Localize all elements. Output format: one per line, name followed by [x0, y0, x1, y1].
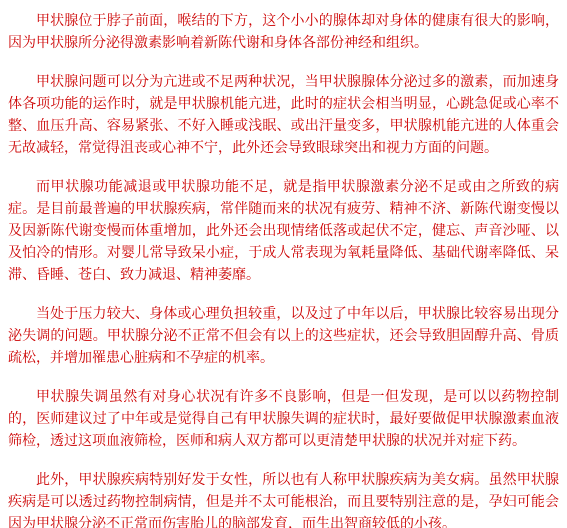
paragraph-intro: 甲状腺位于脖子前面，喉结的下方，这个小小的腺体却对身体的健康有很大的影响，因为甲…	[8, 10, 559, 54]
paragraph-screening: 甲状腺失调虽然有对身心状况有许多不良影响，但是一但发现，是可以以药物控制的，医师…	[8, 386, 559, 452]
paragraph-women: 此外，甲状腺疾病特别好发于女性，所以也有人称甲状腺疾病为美女病。虽然甲状腺疾病是…	[8, 469, 559, 528]
paragraph-hypothyroid: 而甲状腺功能减退或甲状腺功能不足，就是指甲状腺激素分泌不足或由之所致的病症。是目…	[8, 176, 559, 286]
paragraph-hyperthyroid: 甲状腺问题可以分为亢进或不足两种状况，当甲状腺腺体分泌过多的激素，而加速身体各项…	[8, 71, 559, 159]
paragraph-risk-factors: 当处于压力较大、身体或心理负担较重，以及过了中年以后，甲状腺比较容易出现分泌失调…	[8, 303, 559, 369]
thyroid-article: 甲状腺位于脖子前面，喉结的下方，这个小小的腺体却对身体的健康有很大的影响，因为甲…	[8, 10, 559, 528]
